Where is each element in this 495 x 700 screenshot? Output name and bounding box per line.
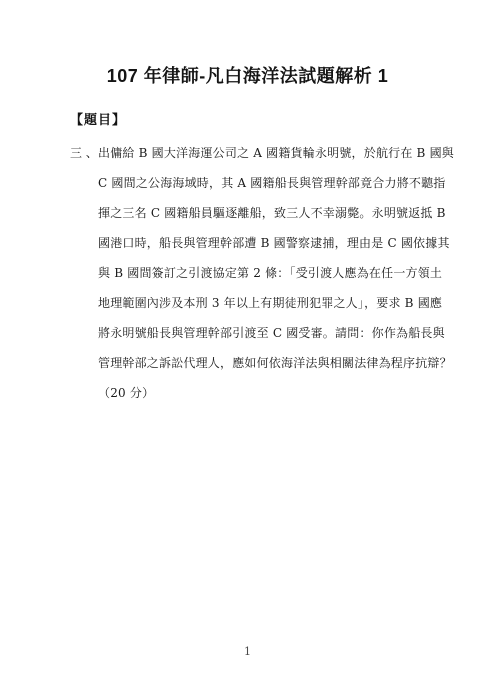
question-block: 三、出傭給 B 國大洋海運公司之 A 國籍貨輪永明號，於航行在 B 國與 C 國… [70, 138, 432, 408]
question-line: 與 B 國間簽訂之引渡協定第 2 條：「受引渡人應為在任一方領土 [70, 258, 432, 288]
question-number: 三、 [70, 138, 98, 168]
question-line: 將永明號船長與管理幹部引渡至 C 國受審。請問：你作為船長與 [70, 318, 432, 348]
page-title: 107 年律師-凡白海洋法試題解析 1 [0, 62, 495, 88]
question-line: 國港口時，船長與管理幹部遭 B 國警察逮捕，理由是 C 國依據其 [70, 228, 432, 258]
question-line: C 國間之公海海域時，其 A 國籍船長與管理幹部竟合力將不聽指 [70, 168, 432, 198]
document-page: 107 年律師-凡白海洋法試題解析 1 【題目】 三、出傭給 B 國大洋海運公司… [0, 0, 495, 700]
page-number: 1 [0, 645, 495, 658]
question-line: 揮之三名 C 國籍船員驅逐離船，致三人不幸溺斃。永明號返抵 B [70, 198, 432, 228]
question-line-text: 出傭給 B 國大洋海運公司之 A 國籍貨輪永明號，於航行在 B 國與 [98, 146, 454, 160]
question-line: 地理範圍內涉及本刑 3 年以上有期徒刑犯罪之人」，要求 B 國應 [70, 288, 432, 318]
question-line: 三、出傭給 B 國大洋海運公司之 A 國籍貨輪永明號，於航行在 B 國與 [70, 138, 432, 168]
question-line: 管理幹部之訴訟代理人，應如何依海洋法與相關法律為程序抗辯？ [70, 348, 432, 378]
question-points: （20 分） [70, 378, 432, 408]
section-heading: 【題目】 [70, 109, 126, 128]
